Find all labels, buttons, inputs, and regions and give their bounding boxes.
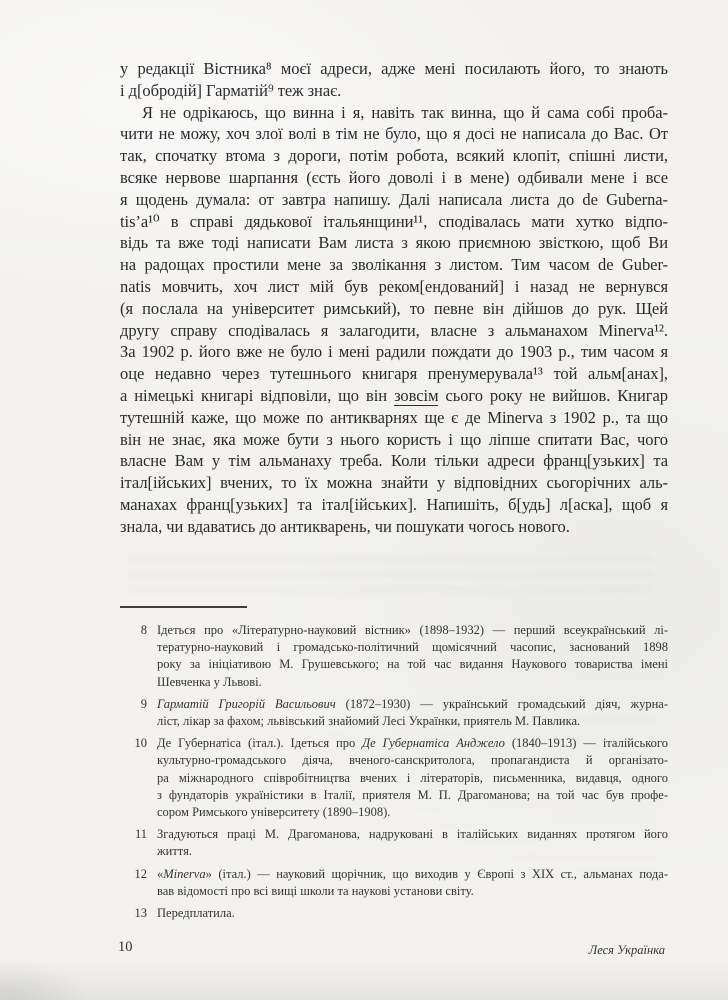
footnote-line: сором Римського університету (1890–1908)… <box>157 804 668 821</box>
footnote: 8Ідеться про «Літературно-науковий вістн… <box>120 622 668 691</box>
text-segment: (1872–1930) — український громадський ді… <box>336 697 668 711</box>
footnote-text: Гарматій Григорій Васильович (1872–1930)… <box>157 696 668 730</box>
footnote-text: Передплатила. <box>157 905 668 922</box>
footnote-number: 9 <box>120 696 157 730</box>
footnote-text: Ідеться про «Літературно-науковий вістни… <box>157 622 668 691</box>
footnote: 12«Minerva» (італ.) — науковий щорічник,… <box>120 866 668 900</box>
text-line: у редакції Вістника⁸ моєї адреси, адже м… <box>120 58 668 80</box>
footnote-number: 11 <box>120 826 157 860</box>
text-line: чити не можу, хоч злої волі в тім не бул… <box>120 123 668 145</box>
footnote: 13Передплатила. <box>120 905 668 922</box>
text-line: так, спочатку втома з дороги, потім робо… <box>120 145 668 167</box>
italic-phrase: Minerva <box>163 867 205 881</box>
text-line: манахах франц[узьких] та італ[ійських]. … <box>120 494 668 516</box>
text-line: і д[обродій] Гарматій⁹ теж знає. <box>120 80 668 102</box>
footnote: 9Гарматій Григорій Васильович (1872–1930… <box>120 696 668 730</box>
footnote-number: 12 <box>120 866 157 900</box>
paragraph: Я не одрікаюсь, що винна і я, навіть так… <box>120 102 668 538</box>
footnote-line: культурно-громадського діяча, вченого-са… <box>157 752 668 769</box>
scan-shadow <box>0 958 90 1000</box>
text-segment: а німецькі книгарі відповіли, що він <box>120 386 394 405</box>
footnote: 10Де Губернатіса (італ.). Ідеться про Де… <box>120 735 668 821</box>
text-line: всяке нервове шарпання (єсть його доволі… <box>120 167 668 189</box>
footnote-line: Ідеться про «Літературно-науковий вістни… <box>157 622 668 639</box>
page-bleed-through <box>128 556 654 600</box>
text-line: (я послала на університет римський), то … <box>120 298 668 320</box>
footnote-divider <box>120 606 247 608</box>
text-line: власне Вам у тім альманаху треба. Коли т… <box>120 450 668 472</box>
text-line: на радощах простили мене за зволікання з… <box>120 254 668 276</box>
footnote-line: з фундаторів україністики в Італії, прия… <box>157 787 668 804</box>
footnote-line: року за ініціативою М. Грушевського; на … <box>157 656 668 673</box>
footnote: 11Згадуються праці М. Драгоманова, надру… <box>120 826 668 860</box>
scanned-book-page: { "page": { "number": "10", "running_tit… <box>0 0 728 1000</box>
text-line: а німецькі книгарі відповіли, що він зов… <box>120 385 668 407</box>
footnote-line: тературно-науковий і громадсько-політичн… <box>157 639 668 656</box>
footnote-line: ра міжнародного співробітництва вчених і… <box>157 770 668 787</box>
text-segment: сього року не вийшов. Книгар <box>438 386 668 405</box>
italic-phrase: Де Губернатіса Анджело <box>362 736 505 750</box>
text-line: Я не одрікаюсь, що винна і я, навіть так… <box>120 102 668 124</box>
footnote-line: Гарматій Григорій Васильович (1872–1930)… <box>157 696 668 713</box>
text-segment: (1840–1913) — італійського <box>505 736 668 750</box>
text-segment: Де Губернатіса (італ.). Ідеться про <box>157 736 362 750</box>
footnote-line: Шевченка у Львові. <box>157 674 668 691</box>
footnote-text: «Minerva» (італ.) — науковий щорічник, щ… <box>157 866 668 900</box>
text-line: natis мовчить, хоч лист мій був реком[ен… <box>120 276 668 298</box>
italic-phrase: Гарматій Григорій Васильович <box>157 697 336 711</box>
text-line: другу справу сподівалась я залагодити, в… <box>120 320 668 342</box>
running-title: Леся Українка <box>589 943 665 958</box>
underlined-word: зовсім <box>394 386 438 407</box>
footnote-line: життя. <box>157 843 668 860</box>
text-line: італ[ійських] вчених, то їх можна знайти… <box>120 472 668 494</box>
footnote-line: Де Губернатіса (італ.). Ідеться про Де Г… <box>157 735 668 752</box>
footnote-line: Згадуються праці М. Драгоманова, надруко… <box>157 826 668 843</box>
footnote-number: 13 <box>120 905 157 922</box>
footnote-line: Передплатила. <box>157 905 668 922</box>
text-line: відь та вже тоді написати Вам листа з як… <box>120 232 668 254</box>
text-line: оце недавно через тутешнього книгаря пре… <box>120 363 668 385</box>
text-line: tis’a¹⁰ в справі дядькової італьянщини¹¹… <box>120 211 668 233</box>
text-line: я щодень думала: от завтра напишу. Далі … <box>120 189 668 211</box>
letter-body-text: у редакції Вістника⁸ моєї адреси, адже м… <box>120 58 668 538</box>
text-line: тутешній каже, що може по антикварнях ще… <box>120 407 668 429</box>
text-line: він не знає, яка може бути з нього корис… <box>120 429 668 451</box>
footnote-line: ліст, лікар за фахом; львівський знайоми… <box>157 713 668 730</box>
footnotes-section: 8Ідеться про «Літературно-науковий вістн… <box>120 622 668 927</box>
page-number: 10 <box>118 939 133 956</box>
paragraph: у редакції Вістника⁸ моєї адреси, адже м… <box>120 58 668 102</box>
text-line: знала, чи вдаватись до антикварень, чи п… <box>120 516 668 538</box>
footnote-text: Згадуються праці М. Драгоманова, надруко… <box>157 826 668 860</box>
book-page: у редакції Вістника⁸ моєї адреси, адже м… <box>0 0 728 1000</box>
text-line: За 1902 р. його вже не було і мені радил… <box>120 341 668 363</box>
footnote-line: «Minerva» (італ.) — науковий щорічник, щ… <box>157 866 668 883</box>
footnote-number: 8 <box>120 622 157 691</box>
footnote-number: 10 <box>120 735 157 821</box>
text-segment: » (італ.) — науковий щорічник, що виходи… <box>206 867 668 881</box>
footnote-line: вав відомості про всі вищі школи та наук… <box>157 883 668 900</box>
footnote-text: Де Губернатіса (італ.). Ідеться про Де Г… <box>157 735 668 821</box>
